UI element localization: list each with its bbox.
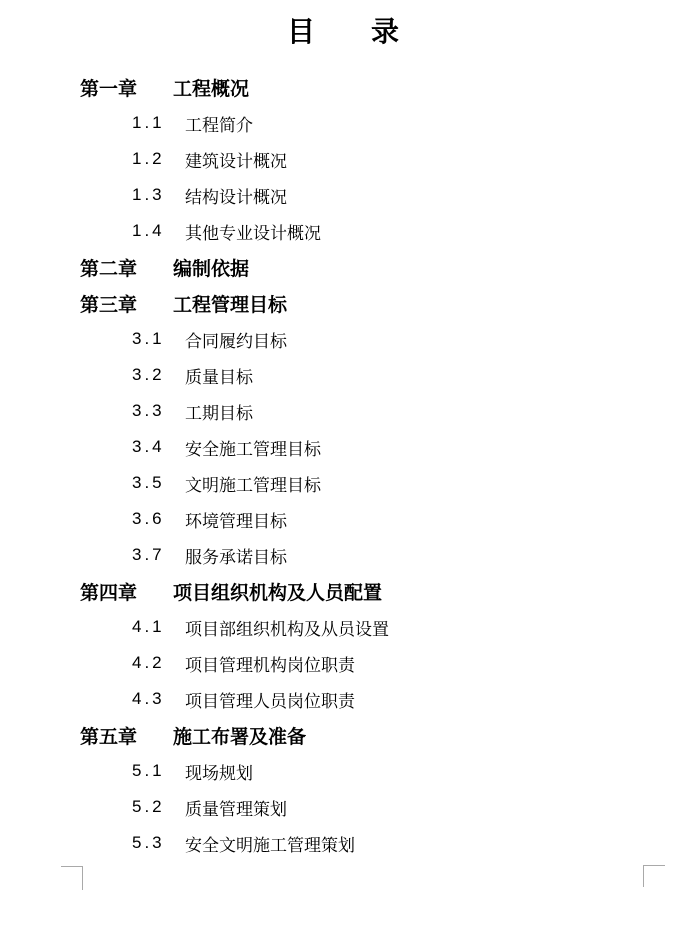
document-page: 目 录 第一章工程概况1.1工程简介1.2建筑设计概况1.3结构设计概况1.4其… bbox=[0, 0, 686, 932]
toc-item-row: 1.2建筑设计概况 bbox=[0, 141, 686, 177]
toc-item-row: 3.4安全施工管理目标 bbox=[0, 429, 686, 465]
page-title: 目 录 bbox=[0, 0, 686, 52]
toc-item-row: 5.3安全文明施工管理策划 bbox=[0, 825, 686, 861]
item-number: 1.3 bbox=[132, 185, 185, 205]
item-number: 5.3 bbox=[132, 833, 185, 853]
item-title: 服务承诺目标 bbox=[185, 543, 287, 568]
toc-item-row: 3.1合同履约目标 bbox=[0, 321, 686, 357]
item-title: 建筑设计概况 bbox=[185, 147, 287, 172]
item-number: 3.7 bbox=[132, 545, 185, 565]
item-title: 文明施工管理目标 bbox=[185, 471, 321, 496]
toc-item-row: 4.2项目管理机构岗位职责 bbox=[0, 645, 686, 681]
item-title: 项目管理机构岗位职责 bbox=[185, 651, 355, 676]
toc-chapter-row: 第五章施工布署及准备 bbox=[0, 717, 686, 753]
chapter-title: 施工布署及准备 bbox=[173, 722, 306, 749]
toc-item-row: 1.3结构设计概况 bbox=[0, 177, 686, 213]
item-number: 3.2 bbox=[132, 365, 185, 385]
toc-item-row: 4.1项目部组织机构及从员设置 bbox=[0, 609, 686, 645]
item-title: 工期目标 bbox=[185, 399, 253, 424]
toc-item-row: 5.2质量管理策划 bbox=[0, 789, 686, 825]
toc-item-row: 3.2质量目标 bbox=[0, 357, 686, 393]
toc-chapter-row: 第三章工程管理目标 bbox=[0, 285, 686, 321]
item-number: 3.4 bbox=[132, 437, 185, 457]
toc-item-row: 3.3工期目标 bbox=[0, 393, 686, 429]
item-title: 项目管理人员岗位职责 bbox=[185, 687, 355, 712]
chapter-title: 工程管理目标 bbox=[173, 290, 287, 317]
item-number: 5.1 bbox=[132, 761, 185, 781]
item-number: 5.2 bbox=[132, 797, 185, 817]
toc-item-row: 3.6环境管理目标 bbox=[0, 501, 686, 537]
chapter-label: 第一章 bbox=[80, 74, 173, 101]
item-number: 3.3 bbox=[132, 401, 185, 421]
item-number: 1.4 bbox=[132, 221, 185, 241]
item-number: 3.6 bbox=[132, 509, 185, 529]
toc-item-row: 3.5文明施工管理目标 bbox=[0, 465, 686, 501]
item-number: 4.3 bbox=[132, 689, 185, 709]
toc-item-row: 1.1工程简介 bbox=[0, 105, 686, 141]
chapter-label: 第四章 bbox=[80, 578, 173, 605]
item-title: 质量管理策划 bbox=[185, 795, 287, 820]
item-title: 工程简介 bbox=[185, 111, 253, 136]
page-margin-mark-right bbox=[643, 865, 665, 887]
item-title: 合同履约目标 bbox=[185, 327, 287, 352]
chapter-title: 编制依据 bbox=[173, 254, 249, 281]
item-title: 项目部组织机构及从员设置 bbox=[185, 615, 389, 640]
item-number: 3.5 bbox=[132, 473, 185, 493]
item-number: 3.1 bbox=[132, 329, 185, 349]
item-number: 4.2 bbox=[132, 653, 185, 673]
toc-list: 第一章工程概况1.1工程简介1.2建筑设计概况1.3结构设计概况1.4其他专业设… bbox=[0, 69, 686, 861]
item-title: 结构设计概况 bbox=[185, 183, 287, 208]
item-title: 安全施工管理目标 bbox=[185, 435, 321, 460]
item-title: 其他专业设计概况 bbox=[185, 219, 321, 244]
item-title: 现场规划 bbox=[185, 759, 253, 784]
item-title: 质量目标 bbox=[185, 363, 253, 388]
chapter-label: 第五章 bbox=[80, 722, 173, 749]
toc-item-row: 3.7服务承诺目标 bbox=[0, 537, 686, 573]
item-number: 1.2 bbox=[132, 149, 185, 169]
chapter-title: 项目组织机构及人员配置 bbox=[173, 578, 382, 605]
item-number: 1.1 bbox=[132, 113, 185, 133]
item-title: 环境管理目标 bbox=[185, 507, 287, 532]
chapter-label: 第二章 bbox=[80, 254, 173, 281]
toc-chapter-row: 第四章项目组织机构及人员配置 bbox=[0, 573, 686, 609]
toc-chapter-row: 第二章编制依据 bbox=[0, 249, 686, 285]
toc-item-row: 5.1现场规划 bbox=[0, 753, 686, 789]
toc-item-row: 1.4其他专业设计概况 bbox=[0, 213, 686, 249]
page-margin-mark-left bbox=[61, 866, 83, 890]
chapter-label: 第三章 bbox=[80, 290, 173, 317]
item-number: 4.1 bbox=[132, 617, 185, 637]
chapter-title: 工程概况 bbox=[173, 74, 249, 101]
toc-item-row: 4.3项目管理人员岗位职责 bbox=[0, 681, 686, 717]
toc-chapter-row: 第一章工程概况 bbox=[0, 69, 686, 105]
item-title: 安全文明施工管理策划 bbox=[185, 831, 355, 856]
